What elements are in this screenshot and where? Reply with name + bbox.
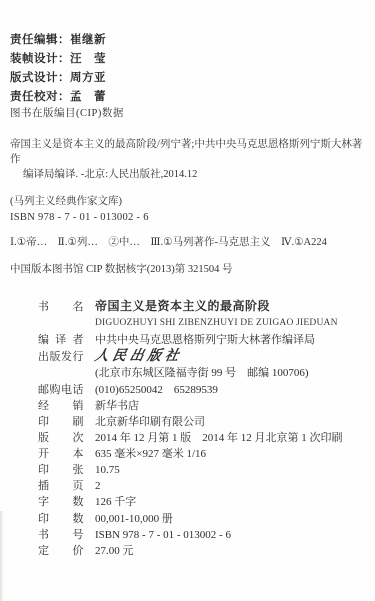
row-label: 经销	[38, 398, 84, 414]
cip-record-line2: 编译局编译. -北京:人民出版社,2014.12	[10, 167, 368, 182]
credit-line-binding-design: 装帧设计：汪 莹	[10, 50, 106, 69]
row-price: 定价 27.00 元	[38, 543, 368, 559]
credit-value: 崔继新	[70, 34, 106, 46]
row-label: 插页	[38, 478, 84, 494]
row-format: 开本 635 毫米×927 毫米 1/16	[38, 446, 368, 462]
phone-value: (010)65250042 65289539	[84, 382, 218, 398]
row-print-run: 印数 00,001-10,000 册	[38, 511, 368, 527]
distributor-value: 新华书店	[84, 398, 139, 414]
format-value: 635 毫米×927 毫米 1/16	[84, 446, 206, 462]
row-edition: 版次 2014 年 12 月第 1 版 2014 年 12 月北京第 1 次印刷	[38, 430, 368, 446]
book-title-pinyin: DIGUOZHUYI SHI ZIBENZHUYI DE ZUIGAO JIED…	[84, 315, 338, 332]
credit-value: 汪 莹	[70, 53, 106, 65]
credits-block: 责任编辑：崔继新 装帧设计：汪 莹 版式设计：周方亚 责任校对：孟 蕾	[10, 31, 106, 107]
book-number-value: ISBN 978 - 7 - 01 - 013002 - 6	[84, 527, 231, 543]
row-book-title: 书名 帝国主义是资本主义的最高阶段	[38, 298, 368, 315]
credit-value: 孟 蕾	[70, 91, 106, 103]
cip-isbn: ISBN 978 - 7 - 01 - 013002 - 6	[10, 210, 368, 225]
row-phone: 邮购电话 (010)65250042 65289539	[38, 382, 368, 398]
cip-classification: Ⅰ.①帝… Ⅱ.①列… ②中… Ⅲ.①马列著作-马克思主义 Ⅳ.①A224	[10, 235, 368, 250]
row-label: 版次	[38, 430, 84, 446]
scan-edge-artifact	[0, 511, 4, 601]
row-distributor: 经销 新华书店	[38, 398, 368, 414]
row-inserts: 插页 2	[38, 478, 368, 494]
edition-value: 2014 年 12 月第 1 版 2014 年 12 月北京第 1 次印刷	[84, 430, 343, 446]
cip-registry-number: 中国版本图书馆 CIP 数据核字(2013)第 321504 号	[10, 262, 368, 277]
row-label: 书号	[38, 527, 84, 543]
credit-value: 周方亚	[70, 72, 106, 84]
print-run-value: 00,001-10,000 册	[84, 511, 173, 527]
printer-value: 北京新华印刷有限公司	[84, 414, 205, 430]
price-value: 27.00 元	[84, 543, 134, 559]
credit-label: 版式设计：	[10, 72, 70, 84]
inserts-value: 2	[84, 478, 101, 494]
row-book-title-pinyin: DIGUOZHUYI SHI ZIBENZHUYI DE ZUIGAO JIED…	[38, 315, 368, 332]
row-label: 邮购电话	[38, 382, 84, 398]
row-label: 书名	[38, 299, 84, 315]
cip-series: (马列主义经典作家文库)	[10, 194, 368, 209]
row-sheets: 印张 10.75	[38, 462, 368, 478]
row-label: 印张	[38, 462, 84, 478]
row-publisher: 出版发行 人民出版社	[38, 348, 368, 365]
book-title: 帝国主义是资本主义的最高阶段	[84, 298, 270, 314]
colophon-block: 书名 帝国主义是资本主义的最高阶段 DIGUOZHUYI SHI ZIBENZH…	[38, 298, 368, 559]
credit-line-editor: 责任编辑：崔继新	[10, 31, 106, 50]
cip-record-line1: 帝国主义是资本主义的最高阶段/列宁著;中共中央马克思恩格斯列宁斯大林著作	[10, 137, 368, 167]
credit-line-proofreader: 责任校对：孟 蕾	[10, 88, 106, 107]
cip-block: 图书在版编目(CIP)数据 帝国主义是资本主义的最高阶段/列宁著;中共中央马克思…	[10, 106, 368, 277]
row-book-number: 书号 ISBN 978 - 7 - 01 - 013002 - 6	[38, 527, 368, 543]
publisher-address: (北京市东城区隆福寺街 99 号 邮编 100706)	[84, 365, 309, 382]
word-count-value: 126 千字	[84, 494, 136, 510]
credit-label: 责任校对：	[10, 91, 70, 103]
credit-line-layout-design: 版式设计：周方亚	[10, 69, 106, 88]
row-label: 印刷	[38, 414, 84, 430]
credit-label: 责任编辑：	[10, 34, 70, 46]
translator-value: 中共中央马克思恩格斯列宁斯大林著作编译局	[84, 332, 315, 348]
publisher-logo-script: 人民出版社	[93, 348, 184, 365]
book-copyright-page: { "credits": [ { "label": "责任编辑：", "valu…	[0, 0, 375, 601]
row-label: 出版发行	[38, 349, 84, 365]
row-label: 定价	[38, 543, 84, 559]
row-printer: 印刷 北京新华印刷有限公司	[38, 414, 368, 430]
cip-header: 图书在版编目(CIP)数据	[10, 106, 368, 121]
row-label: 编译者	[38, 332, 84, 348]
row-label: 印数	[38, 511, 84, 527]
sheets-value: 10.75	[84, 462, 120, 478]
row-publisher-address: (北京市东城区隆福寺街 99 号 邮编 100706)	[38, 365, 368, 382]
credit-label: 装帧设计：	[10, 53, 70, 65]
row-translator: 编译者 中共中央马克思恩格斯列宁斯大林著作编译局	[38, 332, 368, 348]
row-label: 开本	[38, 446, 84, 462]
row-word-count: 字数 126 千字	[38, 494, 368, 510]
row-label: 字数	[38, 494, 84, 510]
